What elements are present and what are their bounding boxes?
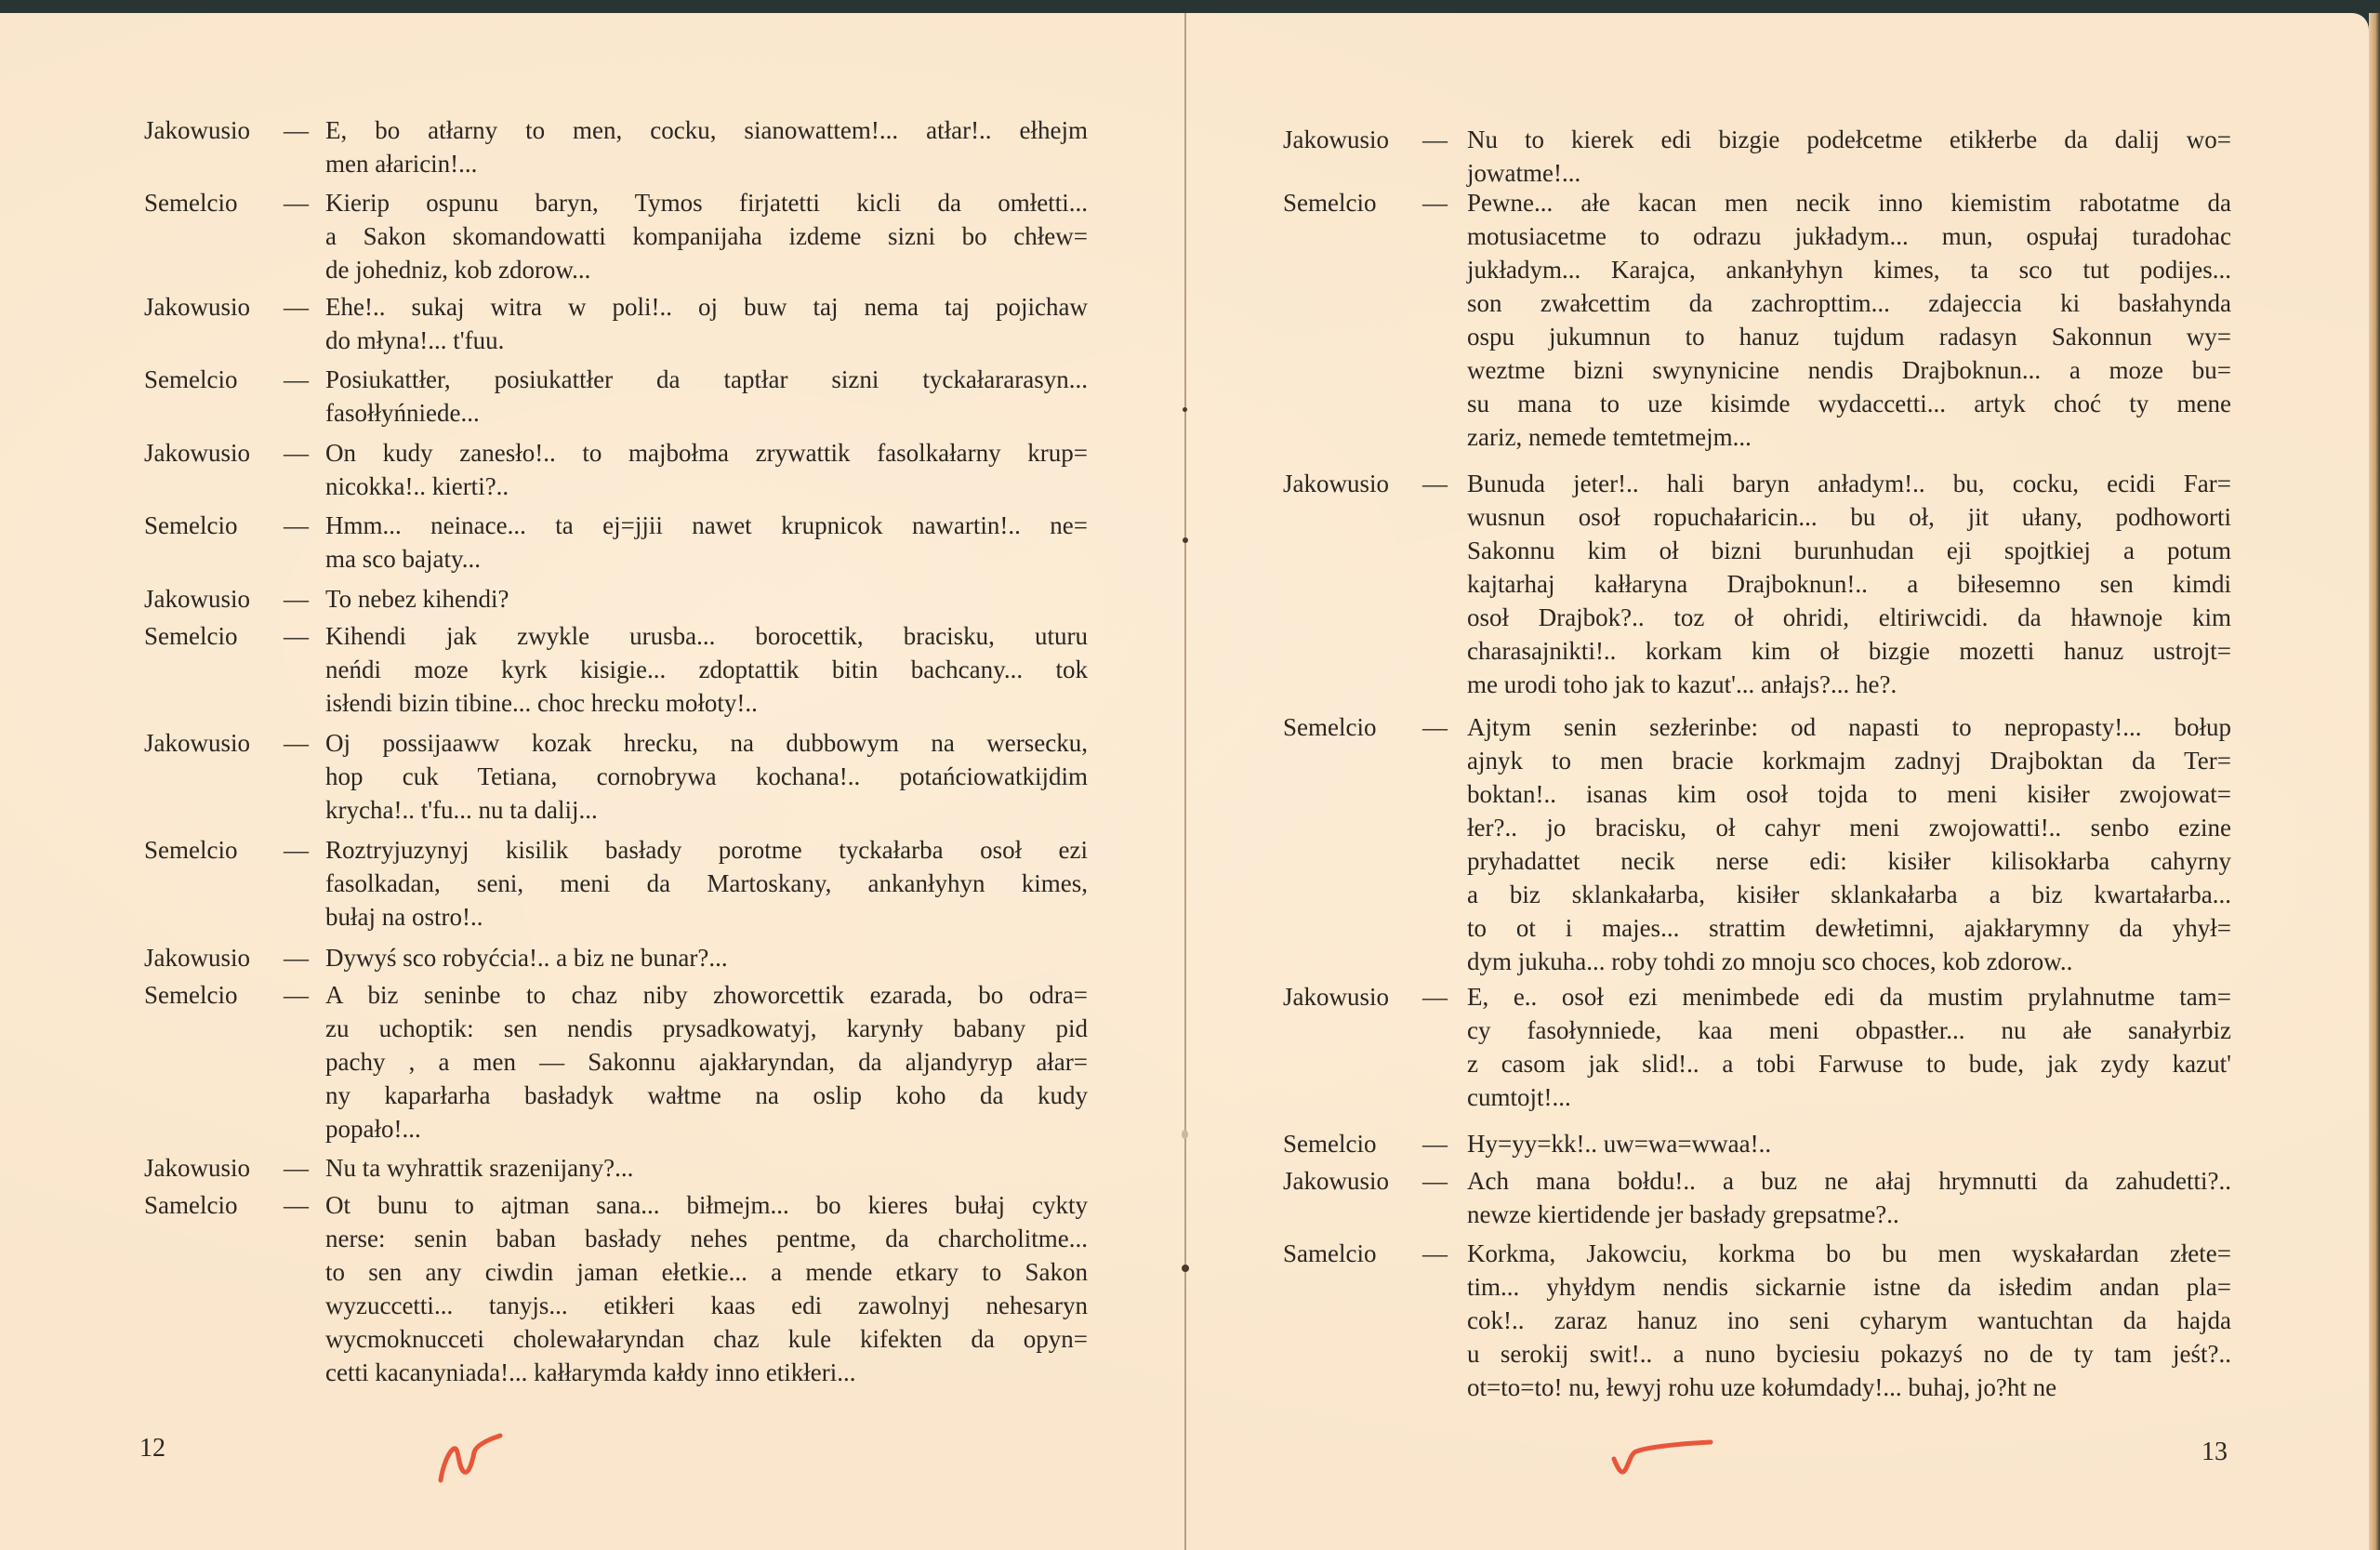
text-line: Posiukattłer, posiukattłer da taptłar si…	[325, 363, 1088, 396]
page-edge	[2369, 13, 2380, 1550]
dialogue-text: E, e.. osoł ezi menimbede edi da mustim …	[1467, 980, 2231, 1114]
dialogue-text: Roztryjuzynyj kisilik basłady porotme ty…	[325, 833, 1088, 934]
text-line: Kierip ospunu baryn, Tymos firjatetti ki…	[325, 186, 1088, 219]
text-line: a biz sklankałarba, kisiłer sklankałarba…	[1467, 878, 2231, 911]
em-dash: —	[1422, 123, 1448, 156]
text-line: su mana to uze kisimde wydaccetti... art…	[1467, 387, 2231, 420]
text-line: cy fasołynniede, kaa meni obpastłer... n…	[1467, 1013, 2231, 1047]
em-dash: —	[284, 941, 309, 974]
speaker-name: Jakowusio	[1283, 467, 1389, 500]
text-line: u serokij swit!.. a nuno byciesiu pokazy…	[1467, 1337, 2231, 1371]
speaker-name: Semelcio	[1283, 186, 1376, 219]
text-line: Ehe!.. sukaj witra w poli!.. oj buw taj …	[325, 290, 1088, 324]
text-line: Pewne... ałe kacan men necik inno kiemis…	[1467, 186, 2231, 219]
text-line: fasołłyńniede...	[325, 396, 1088, 430]
em-dash: —	[284, 509, 309, 542]
text-line: ot=to=to! nu, łewyj rohu uze kołumdady!.…	[1467, 1371, 2231, 1404]
em-dash: —	[1422, 710, 1448, 744]
text-line: men ałaricin!...	[325, 147, 1088, 180]
text-line: zariz, nemede temtetmejm...	[1467, 420, 2231, 454]
dialogue-text: Bunuda jeter!.. hali baryn anładym!.. bu…	[1467, 467, 2231, 701]
em-dash: —	[284, 1151, 309, 1185]
text-line: ma sco bajaty...	[325, 542, 1088, 576]
text-line: nerse: senin baban basłady nehes pentme,…	[325, 1222, 1088, 1255]
text-line: a Sakon skomandowatti kompanijaha izdeme…	[325, 219, 1088, 253]
dialogue-text: Nu ta wyhrattik srazenijany?...	[325, 1151, 1088, 1185]
dialogue-text: On kudy zanesło!.. to majbołma zrywattik…	[325, 436, 1088, 503]
em-dash: —	[284, 363, 309, 396]
dialogue-text: A biz seninbe to chaz niby zhoworcettik …	[325, 978, 1088, 1146]
text-line: wyzuccetti... tanyjs... etikłeri kaas ed…	[325, 1289, 1088, 1322]
text-line: boktan!.. isanas kim osoł tojda to meni …	[1467, 777, 2231, 811]
speaker-name: Semelcio	[144, 363, 237, 396]
page-right: Jakowusio—Nu to kierek edi bizgie podełc…	[1186, 13, 2369, 1550]
speaker-name: Jakowusio	[144, 436, 250, 470]
em-dash: —	[284, 582, 309, 616]
dialogue-text: Kierip ospunu baryn, Tymos firjatetti ki…	[325, 186, 1088, 286]
text-line: nicokka!.. kierti?..	[325, 470, 1088, 503]
dialogue-text: Hmm... neinace... ta ej=jjii nawet krupn…	[325, 509, 1088, 576]
speaker-name: Jakowusio	[1283, 1164, 1389, 1198]
speaker-name: Semelcio	[144, 978, 237, 1012]
text-line: cok!.. zaraz hanuz ino seni cyharym want…	[1467, 1304, 2231, 1337]
text-line: newze kiertidende jer basłady grepsatme?…	[1467, 1198, 2231, 1231]
text-line: Hy=yy=kk!.. uw=wa=wwaa!..	[1467, 1127, 2231, 1160]
page-number-right: 13	[2201, 1437, 2228, 1467]
text-line: weztme bizni swynynicine nendis Drajbokn…	[1467, 353, 2231, 387]
text-line: fasolkadan, seni, meni da Martoskany, an…	[325, 867, 1088, 900]
text-line: de johedniz, kob zdorow...	[325, 253, 1088, 286]
text-line: On kudy zanesło!.. to majbołma zrywattik…	[325, 436, 1088, 470]
text-line: cumtojt!...	[1467, 1080, 2231, 1114]
text-line: A biz seninbe to chaz niby zhoworcettik …	[325, 978, 1088, 1012]
text-line: bułaj na ostro!..	[325, 900, 1088, 934]
text-line: wusnun osoł ropuchałaricin... bu oł, jit…	[1467, 500, 2231, 534]
text-line: jowatme!...	[1467, 156, 2231, 190]
speaker-name: Jakowusio	[144, 1151, 250, 1185]
text-line: zu uchoptik: sen nendis prysadkowatyj, k…	[325, 1012, 1088, 1045]
text-line: popało!...	[325, 1112, 1088, 1146]
dialogue-text: Kihendi jak zwykle urusba... borocettik,…	[325, 619, 1088, 720]
text-line: tim... yhyłdym nendis sickarnie istne da…	[1467, 1270, 2231, 1304]
dialogue-text: Ajtym senin sezłerinbe: od napasti to ne…	[1467, 710, 2231, 978]
speaker-name: Jakowusio	[1283, 123, 1389, 156]
speaker-name: Semelcio	[1283, 710, 1376, 744]
text-line: isłendi bizin tibine... choc hrecku moło…	[325, 686, 1088, 720]
speaker-name: Jakowusio	[144, 941, 250, 974]
text-line: ospu jukumnun to hanuz tujdum radasyn Sa…	[1467, 320, 2231, 353]
em-dash: —	[284, 1188, 309, 1222]
text-line: kajtarhaj kałłaryna Drajboknun!.. a biłe…	[1467, 567, 2231, 601]
em-dash: —	[284, 113, 309, 147]
text-line: E, bo atłarny to men, cocku, sianowattem…	[325, 113, 1088, 147]
em-dash: —	[284, 436, 309, 470]
text-line: do młyna!... t'fuu.	[325, 324, 1088, 357]
em-dash: —	[284, 186, 309, 219]
text-line: dym jukuha... roby tohdi zo mnoju sco ch…	[1467, 945, 2231, 978]
text-line: me urodi toho jak to kazut'... anłajs?..…	[1467, 668, 2231, 701]
text-line: krycha!.. t'fu... nu ta dalij...	[325, 793, 1088, 827]
text-line: charasajnikti!.. korkam kim oł bizgie mo…	[1467, 634, 2231, 668]
text-line: łer?.. jo bracisku, oł cahyr meni zwojow…	[1467, 811, 2231, 844]
text-line: pryhadattet necik nerse edi: kisiłer kil…	[1467, 844, 2231, 878]
dialogue-text: Hy=yy=kk!.. uw=wa=wwaa!..	[1467, 1127, 2231, 1160]
text-line: to sen any ciwdin jaman ełetkie... a men…	[325, 1255, 1088, 1289]
text-line: motusiacetme to odrazu jukładym... mun, …	[1467, 219, 2231, 253]
speaker-name: Samelcio	[1283, 1237, 1376, 1270]
text-line: Kihendi jak zwykle urusba... borocettik,…	[325, 619, 1088, 653]
text-line: Nu ta wyhrattik srazenijany?...	[325, 1151, 1088, 1185]
speaker-name: Jakowusio	[144, 582, 250, 616]
text-line: ajnyk to men bracie korkmajm zadnyj Draj…	[1467, 744, 2231, 777]
em-dash: —	[1422, 467, 1448, 500]
speaker-name: Samelcio	[144, 1188, 237, 1222]
dialogue-text: Korkma, Jakowciu, korkma bo bu men wyska…	[1467, 1237, 2231, 1404]
speaker-name: Jakowusio	[1283, 980, 1389, 1013]
speaker-name: Semelcio	[144, 186, 237, 219]
text-line: z casom jak slid!.. a tobi Farwuse to bu…	[1467, 1047, 2231, 1080]
page-number-left: 12	[139, 1434, 165, 1464]
text-line: ny kaparłarha basładyk wałtme na oslip k…	[325, 1079, 1088, 1112]
dialogue-text: Pewne... ałe kacan men necik inno kiemis…	[1467, 186, 2231, 454]
speaker-name: Jakowusio	[144, 113, 250, 147]
pencil-check-mark-icon	[1608, 1437, 1720, 1478]
speaker-name: Semelcio	[144, 509, 237, 542]
dialogue-text: Ach mana bołdu!.. a buz ne ałaj hrymnutt…	[1467, 1164, 2231, 1231]
em-dash: —	[284, 726, 309, 760]
text-line: cetti kacanyniada!... kałłarymda kałdy i…	[325, 1356, 1088, 1389]
dialogue-text: Posiukattłer, posiukattłer da taptłar si…	[325, 363, 1088, 430]
text-line: wycmoknucceti cholewałaryndan chaz kule …	[325, 1322, 1088, 1356]
text-line: To nebez kihendi?	[325, 582, 1088, 616]
text-line: Oj possijaaww kozak hrecku, na dubbowym …	[325, 726, 1088, 760]
speaker-name: Jakowusio	[144, 726, 250, 760]
dialogue-text: Nu to kierek edi bizgie podełcetme etikł…	[1467, 123, 2231, 190]
dialogue-text: Ot bunu to ajtman sana... biłmejm... bo …	[325, 1188, 1088, 1389]
text-line: Nu to kierek edi bizgie podełcetme etikł…	[1467, 123, 2231, 156]
text-line: osoł Drajbok?.. toz oł ohridi, eltiriwci…	[1467, 601, 2231, 634]
text-line: Ach mana bołdu!.. a buz ne ałaj hrymnutt…	[1467, 1164, 2231, 1198]
em-dash: —	[284, 833, 309, 867]
dialogue-text: Oj possijaaww kozak hrecku, na dubbowym …	[325, 726, 1088, 827]
speaker-name: Semelcio	[144, 619, 237, 653]
text-line: Korkma, Jakowciu, korkma bo bu men wyska…	[1467, 1237, 2231, 1270]
text-line: E, e.. osoł ezi menimbede edi da mustim …	[1467, 980, 2231, 1013]
speaker-name: Semelcio	[144, 833, 237, 867]
em-dash: —	[284, 619, 309, 653]
speaker-name: Jakowusio	[144, 290, 250, 324]
em-dash: —	[1422, 1164, 1448, 1198]
dialogue-text: E, bo atłarny to men, cocku, sianowattem…	[325, 113, 1088, 180]
dialogue-text: To nebez kihendi?	[325, 582, 1088, 616]
em-dash: —	[284, 978, 309, 1012]
text-line: Bunuda jeter!.. hali baryn anładym!.. bu…	[1467, 467, 2231, 500]
text-line: son zwałcettim da zachropttim... zdajecc…	[1467, 286, 2231, 320]
text-line: Ajtym senin sezłerinbe: od napasti to ne…	[1467, 710, 2231, 744]
em-dash: —	[1422, 1237, 1448, 1270]
text-line: Sakonnu kim oł bizni burunhudan eji spoj…	[1467, 534, 2231, 567]
em-dash: —	[1422, 1127, 1448, 1160]
text-line: pachy , a men — Sakonnu ajakłaryndan, da…	[325, 1045, 1088, 1079]
text-line: Dywyś sco robyćcia!.. a biz ne bunar?...	[325, 941, 1088, 974]
text-line: to ot i majes... strattim dewłetimni, aj…	[1467, 911, 2231, 945]
text-line: neńdi moze kyrk kisigie... zdoptattik bi…	[325, 653, 1088, 686]
dialogue-text: Ehe!.. sukaj witra w poli!.. oj buw taj …	[325, 290, 1088, 357]
text-line: hop cuk Tetiana, cornobrywa kochana!.. p…	[325, 760, 1088, 793]
em-dash: —	[284, 290, 309, 324]
text-line: Ot bunu to ajtman sana... biłmejm... bo …	[325, 1188, 1088, 1222]
pencil-check-mark-icon	[435, 1430, 509, 1486]
text-line: Hmm... neinace... ta ej=jjii nawet krupn…	[325, 509, 1088, 542]
speaker-name: Semelcio	[1283, 1127, 1376, 1160]
text-line: jukładym... Karajca, ankanłyhyn kimes, t…	[1467, 253, 2231, 286]
dialogue-text: Dywyś sco robyćcia!.. a biz ne bunar?...	[325, 941, 1088, 974]
page-left: Jakowusio—E, bo atłarny to men, cocku, s…	[0, 13, 1184, 1550]
em-dash: —	[1422, 186, 1448, 219]
em-dash: —	[1422, 980, 1448, 1013]
text-line: Roztryjuzynyj kisilik basłady porotme ty…	[325, 833, 1088, 867]
